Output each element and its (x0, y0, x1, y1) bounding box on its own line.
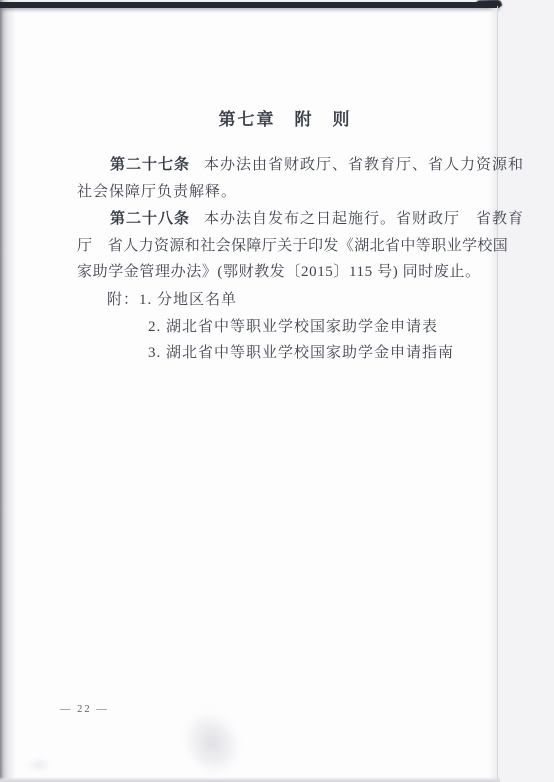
scan-top-edge-artifact (0, 2, 500, 8)
article-28-text: 本办法自发布之日起施行。省财政厅 省教育 (204, 211, 524, 227)
article-28-line-3: 家助学金管理办法》(鄂财教发〔2015〕115 号) 同时废止。 (77, 263, 481, 281)
scanned-document-page: 第七章 附 则 第二十七条本办法由省财政厅、省教育厅、省人力资源和 社会保障厅负… (0, 0, 554, 782)
article-27-term: 第二十七条 (110, 157, 190, 173)
scan-bottom-edge-artifact (0, 777, 500, 782)
paper-right-edge-line (497, 6, 498, 782)
attachment-list-item-3: 3. 湖北省中等职业学校国家助学金申请指南 (148, 344, 454, 362)
article-28-term: 第二十八条 (110, 211, 190, 227)
article-28-line-2: 厅 省人力资源和社会保障厅关于印发《湖北省中等职业学校国 (77, 237, 508, 255)
scan-smudge-artifact-small (26, 758, 52, 772)
article-28-line-1: 第二十八条本办法自发布之日起施行。省财政厅 省教育 (110, 210, 524, 228)
article-27-line-2: 社会保障厅负责解释。 (77, 183, 237, 201)
article-27-text: 本办法由省财政厅、省教育厅、省人力资源和 (204, 157, 524, 173)
scan-left-edge-artifact (0, 0, 16, 782)
chapter-title: 第七章 附 则 (77, 111, 493, 129)
article-27-line-1: 第二十七条本办法由省财政厅、省教育厅、省人力资源和 (110, 156, 524, 174)
page-number: — 22 — (60, 704, 109, 715)
attachment-list-item-1: 附：1. 分地区名单 (107, 291, 237, 309)
attachment-list-item-2: 2. 湖北省中等职业学校国家助学金申请表 (148, 318, 438, 336)
